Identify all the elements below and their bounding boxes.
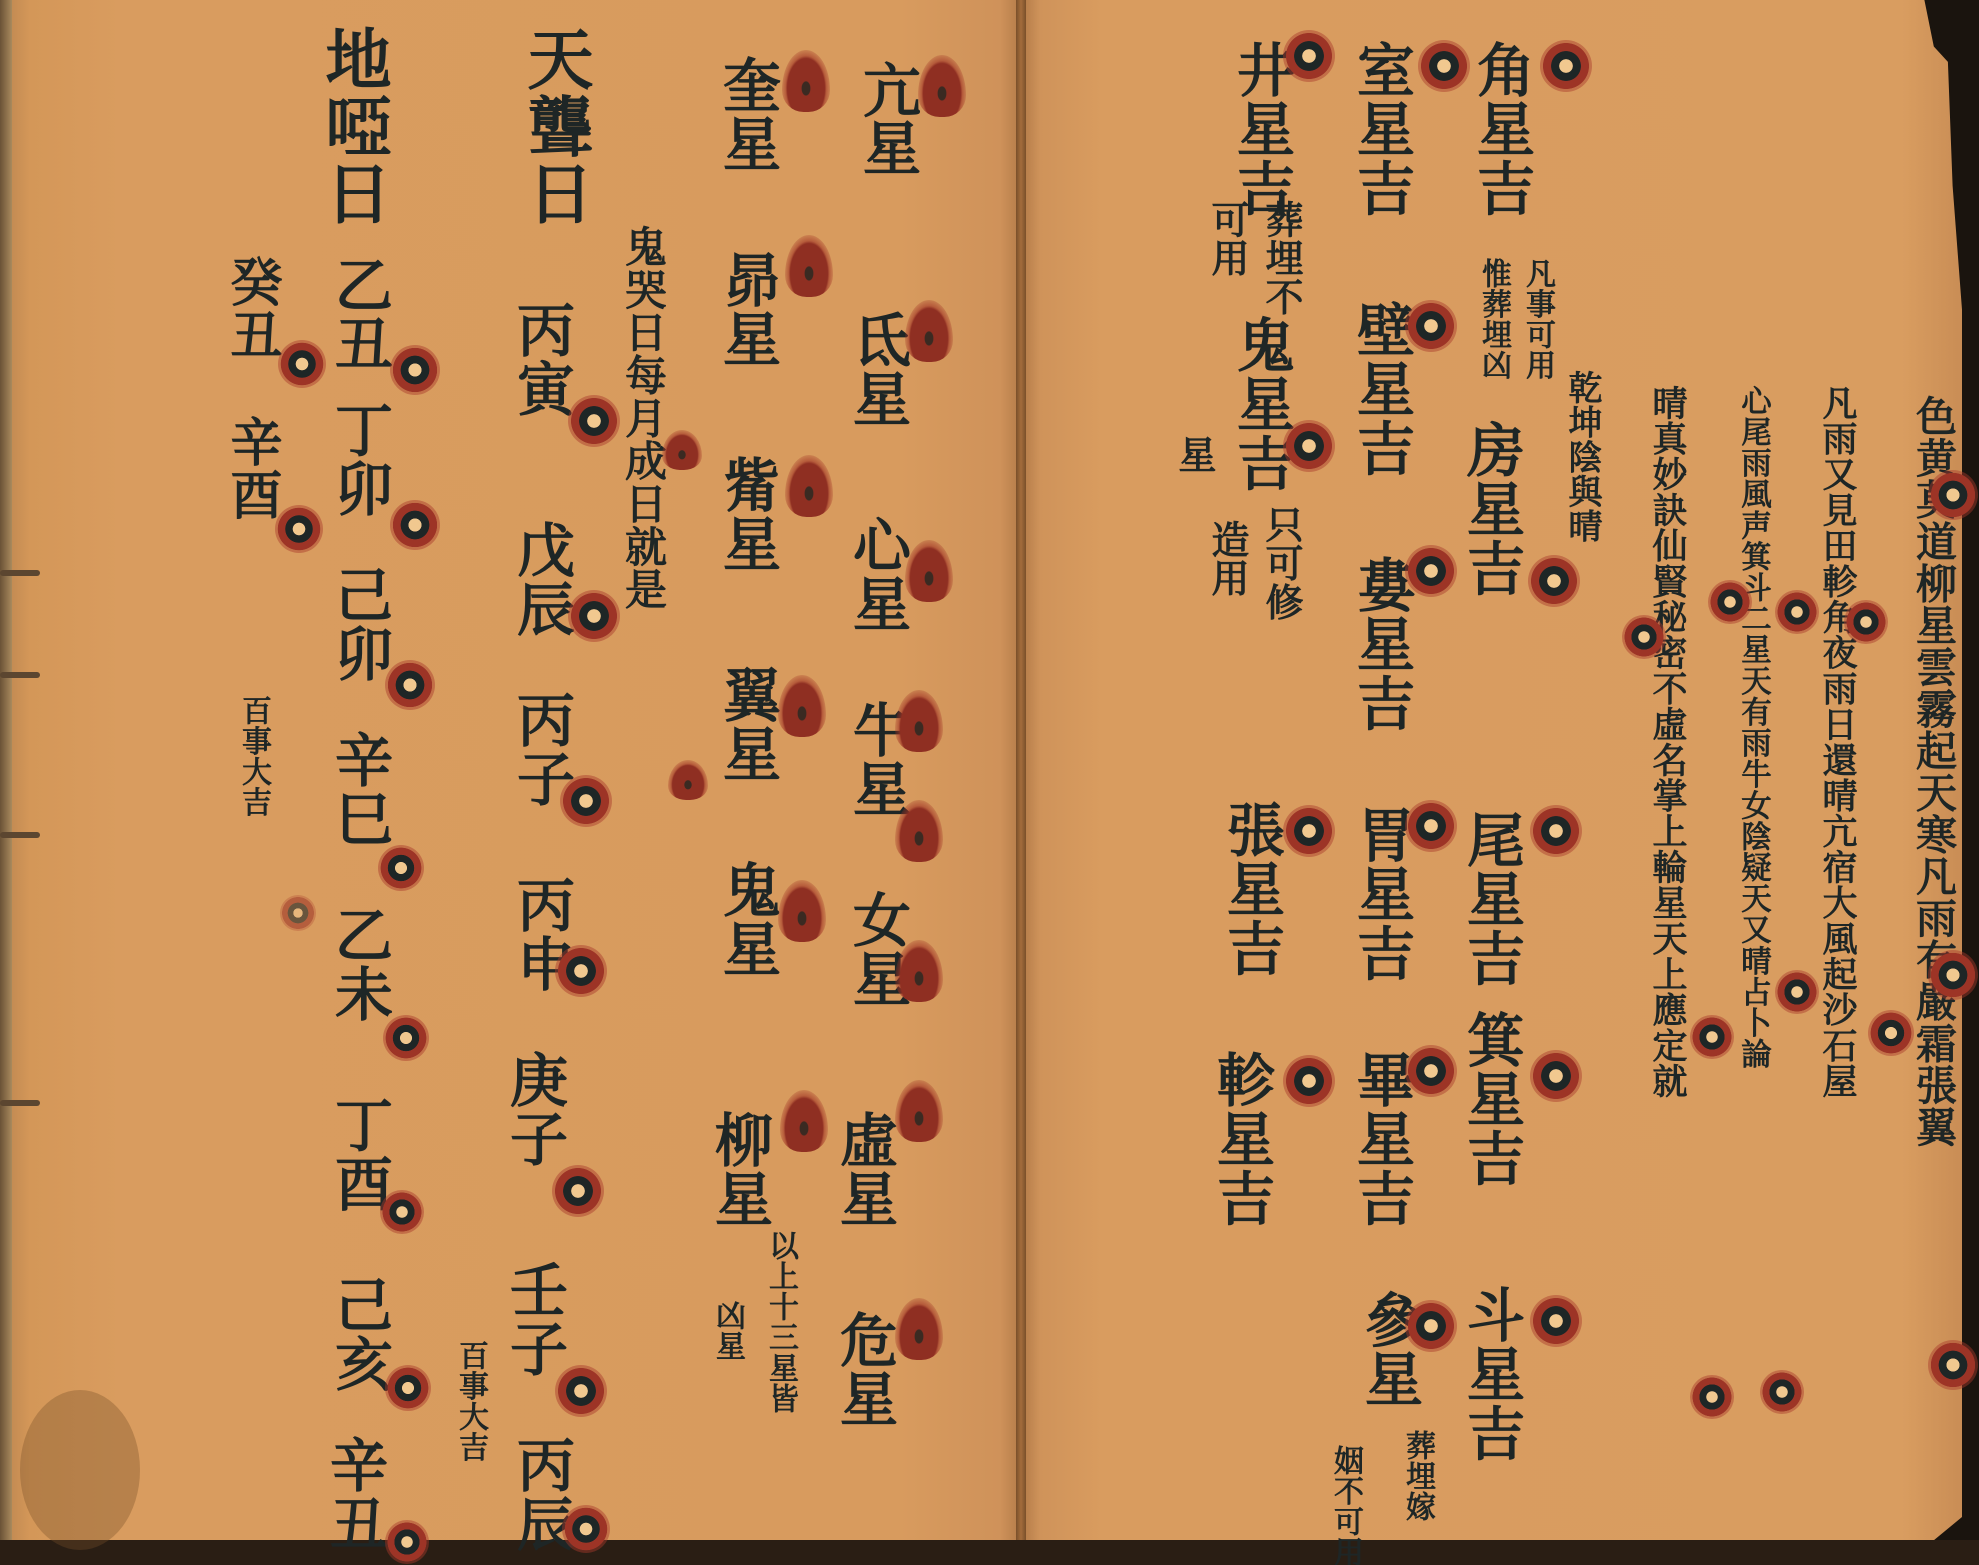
star-wei2-auspicious: 胃星吉 — [1352, 805, 1410, 982]
star-kui: 奎星 — [718, 55, 776, 173]
binding-stitch — [0, 672, 40, 678]
red-circle-mark — [1775, 970, 1819, 1014]
star-bi-auspicious: 壁星吉 — [1352, 300, 1410, 477]
note-only-repair: 只可修 — [1262, 505, 1300, 621]
diya-day-5: 乙未 — [330, 905, 388, 1023]
star-bi2-auspicious: 畢星吉 — [1352, 1050, 1410, 1227]
red-circle-mark — [1405, 800, 1457, 852]
star-shi-auspicious: 室星吉 — [1352, 40, 1410, 217]
red-circle-mark — [1283, 30, 1335, 82]
red-circle-mark — [568, 395, 620, 447]
note-burial-marriage: 葬埋嫁 — [1402, 1430, 1432, 1522]
star-kang: 亢星 — [858, 60, 916, 176]
diya-day-4: 辛巳 — [330, 730, 388, 848]
red-circle-mark — [1928, 1340, 1978, 1390]
tianlong-day-5: 庚子 — [505, 1050, 563, 1168]
red-circle-mark — [1530, 1295, 1582, 1347]
extra-day-2: 辛酉 — [225, 415, 277, 521]
star-ji-auspicious: 箕星吉 — [1462, 1010, 1520, 1187]
note-qiankun: 乾坤陰與晴 — [1565, 370, 1599, 543]
diya-day-1: 乙丑 — [330, 255, 388, 373]
red-circle-mark — [278, 340, 326, 388]
red-circle-mark — [1775, 590, 1819, 634]
stray-character: 星 — [1175, 435, 1213, 474]
star-jiao-auspicious: 角星吉 — [1472, 40, 1530, 217]
diya-day-title: 地啞日 — [320, 25, 386, 227]
red-circle-mark — [390, 500, 440, 550]
red-circle-mark — [555, 1365, 607, 1417]
note-marriage-not-usable: 姻不可用 — [1330, 1445, 1360, 1565]
red-circle-mark — [385, 1520, 429, 1564]
red-circle-mark — [568, 590, 620, 642]
red-circle-mark — [552, 1165, 604, 1217]
note-all-affairs-auspicious: 百事大吉 — [455, 1340, 485, 1462]
verse-column-4: 晴真妙訣仙賢秘密不虛名掌上輪星天上應定就 — [1650, 385, 1685, 1099]
diya-day-7: 己亥 — [330, 1275, 388, 1393]
red-circle-mark — [555, 945, 607, 997]
red-circle-mark — [1844, 600, 1888, 644]
red-circle-mark — [385, 660, 435, 710]
bottom-shadow — [0, 1540, 1979, 1565]
red-circle-mark — [1528, 555, 1580, 607]
star-lou-auspicious: 婁星吉 — [1352, 555, 1410, 732]
note-inauspicious-stars: 凶星 — [712, 1300, 742, 1361]
red-circle-mark — [383, 1015, 429, 1061]
diya-day-8: 辛丑 — [325, 1435, 383, 1553]
star-wei-auspicious: 尾星吉 — [1462, 810, 1520, 987]
binding-stitch — [0, 832, 40, 838]
red-circle-mark — [280, 895, 316, 931]
red-circle-mark — [380, 1190, 424, 1234]
red-circle-mark — [378, 845, 424, 891]
page-stain — [20, 1390, 140, 1550]
red-circle-mark — [560, 775, 612, 827]
red-circle-mark — [1868, 1010, 1914, 1056]
star-dou-auspicious: 斗星吉 — [1462, 1285, 1520, 1462]
tianlong-day-6: 壬子 — [505, 1260, 563, 1378]
tianlong-day-7: 丙辰 — [512, 1435, 570, 1553]
note-usable: 可用 — [1208, 200, 1246, 278]
note-burial-not: 葬埋不 — [1262, 200, 1300, 316]
red-circle-mark — [1540, 40, 1592, 92]
note-ghost-crying-day: 鬼哭日每月成日就是 — [622, 225, 664, 611]
red-circle-mark — [1405, 300, 1457, 352]
star-fang-auspicious: 房星吉 — [1462, 420, 1520, 597]
red-circle-mark — [1405, 545, 1457, 597]
tianlong-day-title: 天聾日 — [522, 25, 588, 227]
extra-day-1: 癸丑 — [225, 255, 277, 361]
star-di: 氐星 — [848, 310, 906, 428]
star-zhen-auspicious: 軫星吉 — [1212, 1050, 1270, 1227]
red-circle-mark — [1690, 1375, 1734, 1419]
star-zi: 觜星 — [718, 455, 776, 573]
verse-column-2: 凡雨又見田軫角夜雨日還晴亢宿大風起沙石屋 — [1820, 385, 1855, 1099]
red-circle-mark — [1283, 805, 1335, 857]
red-circle-mark — [562, 1505, 610, 1553]
extra-note-auspicious: 百事大吉 — [238, 695, 268, 817]
red-circle-mark — [1283, 420, 1335, 472]
star-xu: 虛星 — [835, 1110, 893, 1228]
red-circle-mark — [1283, 1055, 1335, 1107]
red-circle-mark — [385, 1365, 431, 1411]
note-all-affairs-usable: 凡事可用 — [1522, 258, 1552, 380]
star-gui-auspicious: 鬼星吉 — [1232, 315, 1290, 492]
red-circle-mark — [1928, 950, 1978, 1000]
note-thirteen-stars: 以上十三星皆 — [765, 1230, 795, 1414]
red-circle-mark — [1690, 1015, 1734, 1059]
red-circle-mark — [1405, 1300, 1457, 1352]
star-wei-danger: 危星 — [835, 1310, 893, 1428]
red-circle-mark — [1708, 580, 1752, 624]
star-mao: 昴星 — [718, 250, 776, 368]
star-gui: 鬼星 — [718, 860, 776, 978]
diya-day-2: 丁卯 — [330, 400, 388, 518]
binding-stitch — [0, 1100, 40, 1106]
red-circle-mark — [1622, 615, 1666, 659]
tianlong-day-1: 丙寅 — [512, 300, 570, 418]
verse-column-3: 心尾雨風声箕斗二星天有雨牛女陰疑天又晴占卜論 — [1738, 385, 1769, 1069]
binding-stitch — [0, 570, 40, 576]
red-circle-mark — [1530, 1050, 1582, 1102]
red-circle-mark — [390, 345, 440, 395]
star-shen: 參星 — [1360, 1290, 1418, 1408]
red-circle-mark — [1418, 40, 1470, 92]
note-construction-use: 造用 — [1208, 520, 1246, 598]
binding-edge — [0, 0, 12, 1565]
red-circle-mark — [1928, 470, 1978, 520]
note-burial-inauspicious: 惟葬埋凶 — [1478, 258, 1508, 380]
red-circle-mark — [1405, 1045, 1457, 1097]
red-circle-mark — [1760, 1370, 1804, 1414]
star-xin: 心星 — [848, 515, 906, 633]
star-jing-auspicious: 井星吉 — [1232, 40, 1290, 217]
page-gutter — [1016, 0, 1026, 1565]
red-circle-mark — [1530, 805, 1582, 857]
diya-day-3: 己卯 — [330, 565, 388, 683]
star-liu: 柳星 — [710, 1110, 768, 1228]
red-circle-mark — [275, 505, 323, 553]
diya-day-6: 丁酉 — [330, 1095, 388, 1213]
star-yi: 翼星 — [718, 665, 776, 783]
star-zhang-auspicious: 張星吉 — [1222, 800, 1280, 977]
tianlong-day-2: 戊辰 — [512, 520, 570, 638]
